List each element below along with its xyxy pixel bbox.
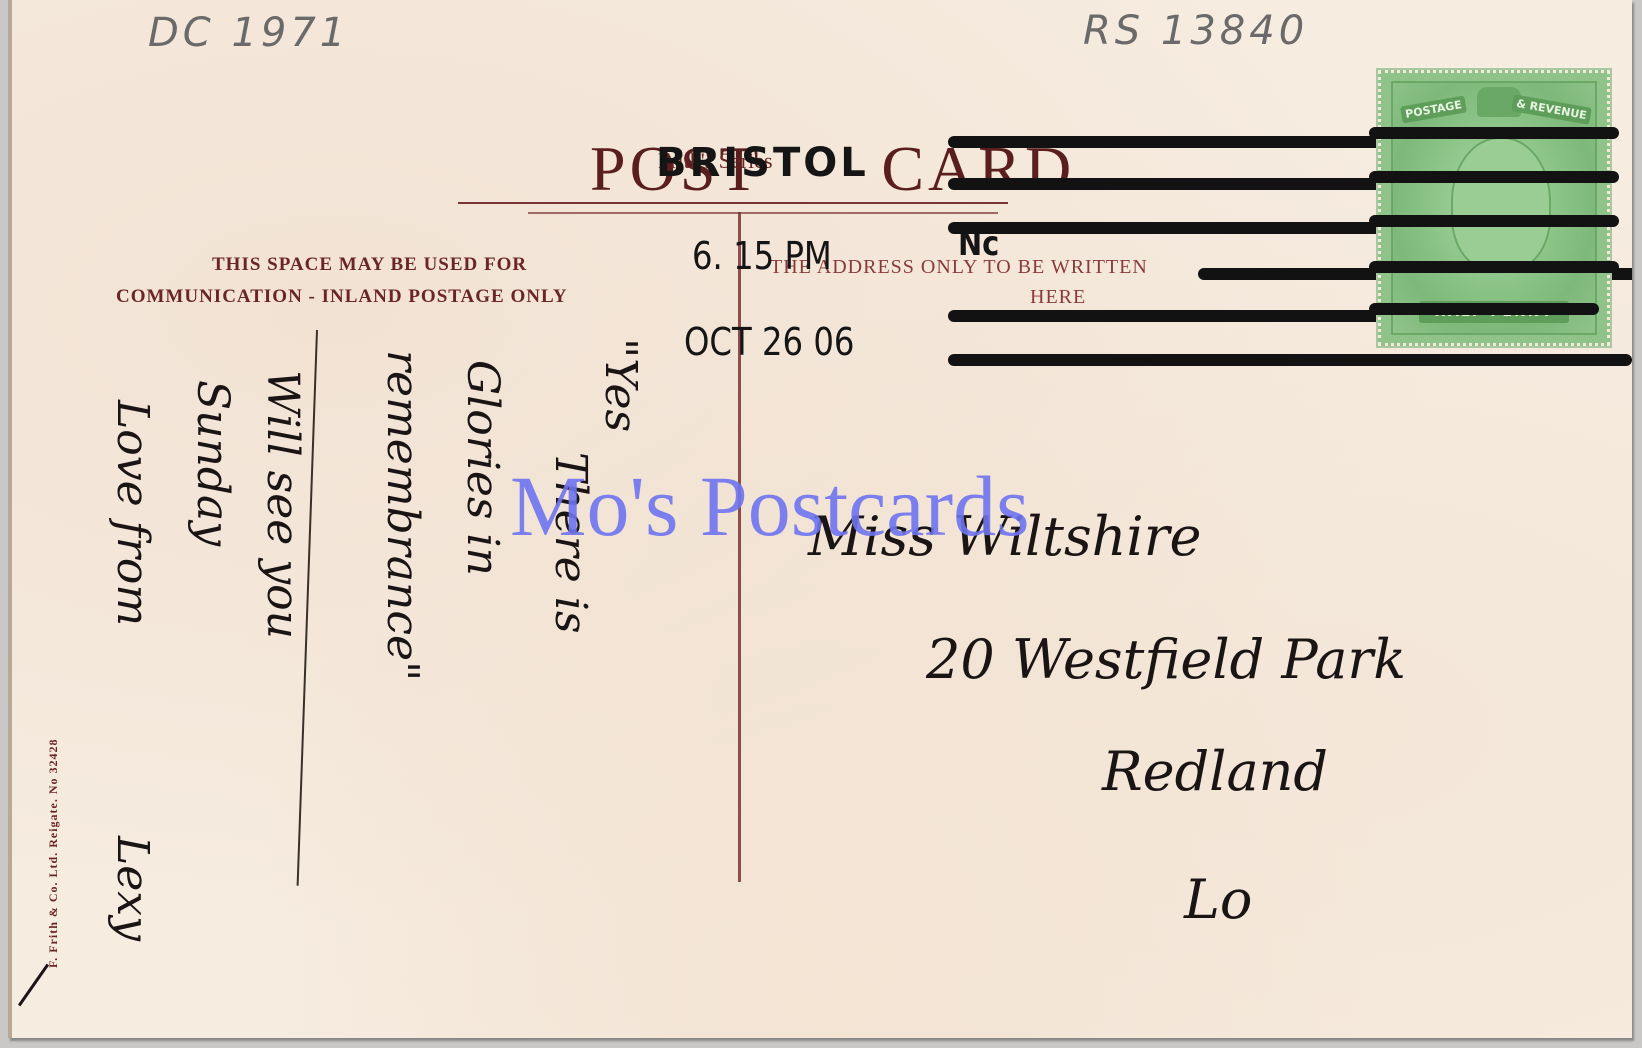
- king-portrait-icon: [1451, 137, 1551, 271]
- communication-label-line2: COMMUNICATION - INLAND POSTAGE ONLY: [116, 286, 568, 308]
- pen-stroke: [18, 964, 49, 1007]
- publisher-imprint: F. Frith & Co. Ltd. Reigate. No 32428: [46, 738, 61, 968]
- address-street: 20 Westfield Park: [926, 628, 1406, 691]
- header-rule-inner: [528, 212, 998, 214]
- pencil-note-date: DC 1971: [148, 10, 349, 56]
- message-line-6: Sunday: [187, 380, 238, 546]
- stamp-label-postage: POSTAGE: [1400, 95, 1467, 123]
- postmark-date: OCT 26 06: [684, 320, 854, 364]
- postage-stamp: POSTAGE & REVENUE HALF PENNY: [1378, 70, 1610, 346]
- message-line-7: Love from: [107, 400, 158, 626]
- header-rule: [458, 202, 1008, 204]
- pencil-note-reference: RS 13840: [1083, 8, 1308, 54]
- postcard: DC 1971 RS 13840 POST CARD Frith's Serie…: [8, 0, 1632, 1038]
- message-signature: Lexy: [107, 836, 158, 941]
- address-signoff: Lo: [1184, 868, 1252, 931]
- message-line-4: remembrance": [377, 350, 428, 681]
- address-district: Redland: [1102, 740, 1328, 803]
- postmark-time: 6. 15 PM: [692, 234, 832, 278]
- communication-label-line1: THIS SPACE MAY BE USED FOR: [212, 254, 527, 276]
- message-line-3: Glories in: [457, 360, 508, 576]
- message-line-1: "Yes: [595, 338, 646, 432]
- watermark: Mo's Postcards: [510, 456, 1030, 556]
- stamp-label-revenue: & REVENUE: [1511, 94, 1592, 124]
- card-edge: [8, 0, 12, 1038]
- postmark-town: BRISTOL: [656, 140, 869, 186]
- message-line-5: Will see you: [257, 370, 308, 639]
